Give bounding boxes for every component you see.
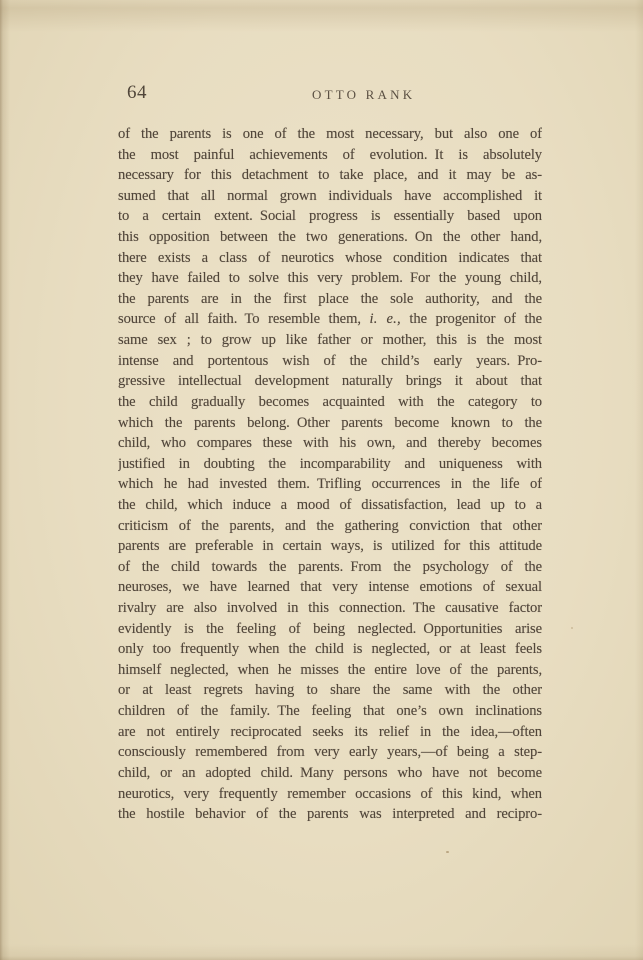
text-line: children of the family. The feeling that… bbox=[118, 701, 542, 722]
text-line: criticism of the parents, and the gather… bbox=[118, 516, 542, 537]
text-line: evidently is the feeling of being neglec… bbox=[118, 619, 542, 640]
text-line: justified in doubting the incomparabilit… bbox=[118, 454, 542, 475]
text-line: of the parents is one of the most necess… bbox=[118, 124, 542, 145]
text-line: himself neglected, when he misses the en… bbox=[118, 660, 542, 681]
body-text: of the parents is one of the most necess… bbox=[118, 124, 542, 825]
text-line: the child, which induce a mood of dissat… bbox=[118, 495, 542, 516]
text-line: sumed that all normal grown individuals … bbox=[118, 186, 542, 207]
text-line: gressive intellectual development natura… bbox=[118, 371, 542, 392]
text-line: parents are preferable in certain ways, … bbox=[118, 536, 542, 557]
text-line: consciously remembered from very early y… bbox=[118, 742, 542, 763]
book-page: 64 OTTO RANK of the parents is one of th… bbox=[0, 0, 643, 960]
text-line: which he had invested them. Trifling occ… bbox=[118, 474, 542, 495]
text-line: they have failed to solve this very prob… bbox=[118, 268, 542, 289]
text-line: child, who compares these with his own, … bbox=[118, 433, 542, 454]
text-line: or at least regrets having to share the … bbox=[118, 680, 542, 701]
text-line: rivalry are also involved in this connec… bbox=[118, 598, 542, 619]
running-header-title: OTTO RANK bbox=[312, 87, 415, 103]
text-line: which the parents belong. Other parents … bbox=[118, 413, 542, 434]
paper-speck bbox=[571, 627, 573, 629]
text-line: the child gradually becomes acquainted w… bbox=[118, 392, 542, 413]
text-line: neuroses, we have learned that very inte… bbox=[118, 577, 542, 598]
text-line: neurotics, very frequently remember occa… bbox=[118, 784, 542, 805]
text-line: intense and portentous wish of the child… bbox=[118, 351, 542, 372]
text-line: the parents are in the first place the s… bbox=[118, 289, 542, 310]
text-line: the hostile behavior of the parents was … bbox=[118, 804, 542, 825]
text-line: of the child towards the parents. From t… bbox=[118, 557, 542, 578]
text-line: there exists a class of neurotics whose … bbox=[118, 248, 542, 269]
text-line: only too frequently when the child is ne… bbox=[118, 639, 542, 660]
paper-speck bbox=[446, 851, 449, 853]
text-line: same sex ; to grow up like father or mot… bbox=[118, 330, 542, 351]
text-line: to a certain extent. Social progress is … bbox=[118, 206, 542, 227]
text-line: necessary for this detachment to take pl… bbox=[118, 165, 542, 186]
text-line: this opposition between the two generati… bbox=[118, 227, 542, 248]
text-line: source of all faith. To resemble them, i… bbox=[118, 309, 542, 330]
text-line: the most painful achievements of evoluti… bbox=[118, 145, 542, 166]
text-line: are not entirely reciprocated seeks its … bbox=[118, 722, 542, 743]
text-line: child, or an adopted child. Many persons… bbox=[118, 763, 542, 784]
page-number: 64 bbox=[127, 82, 147, 104]
